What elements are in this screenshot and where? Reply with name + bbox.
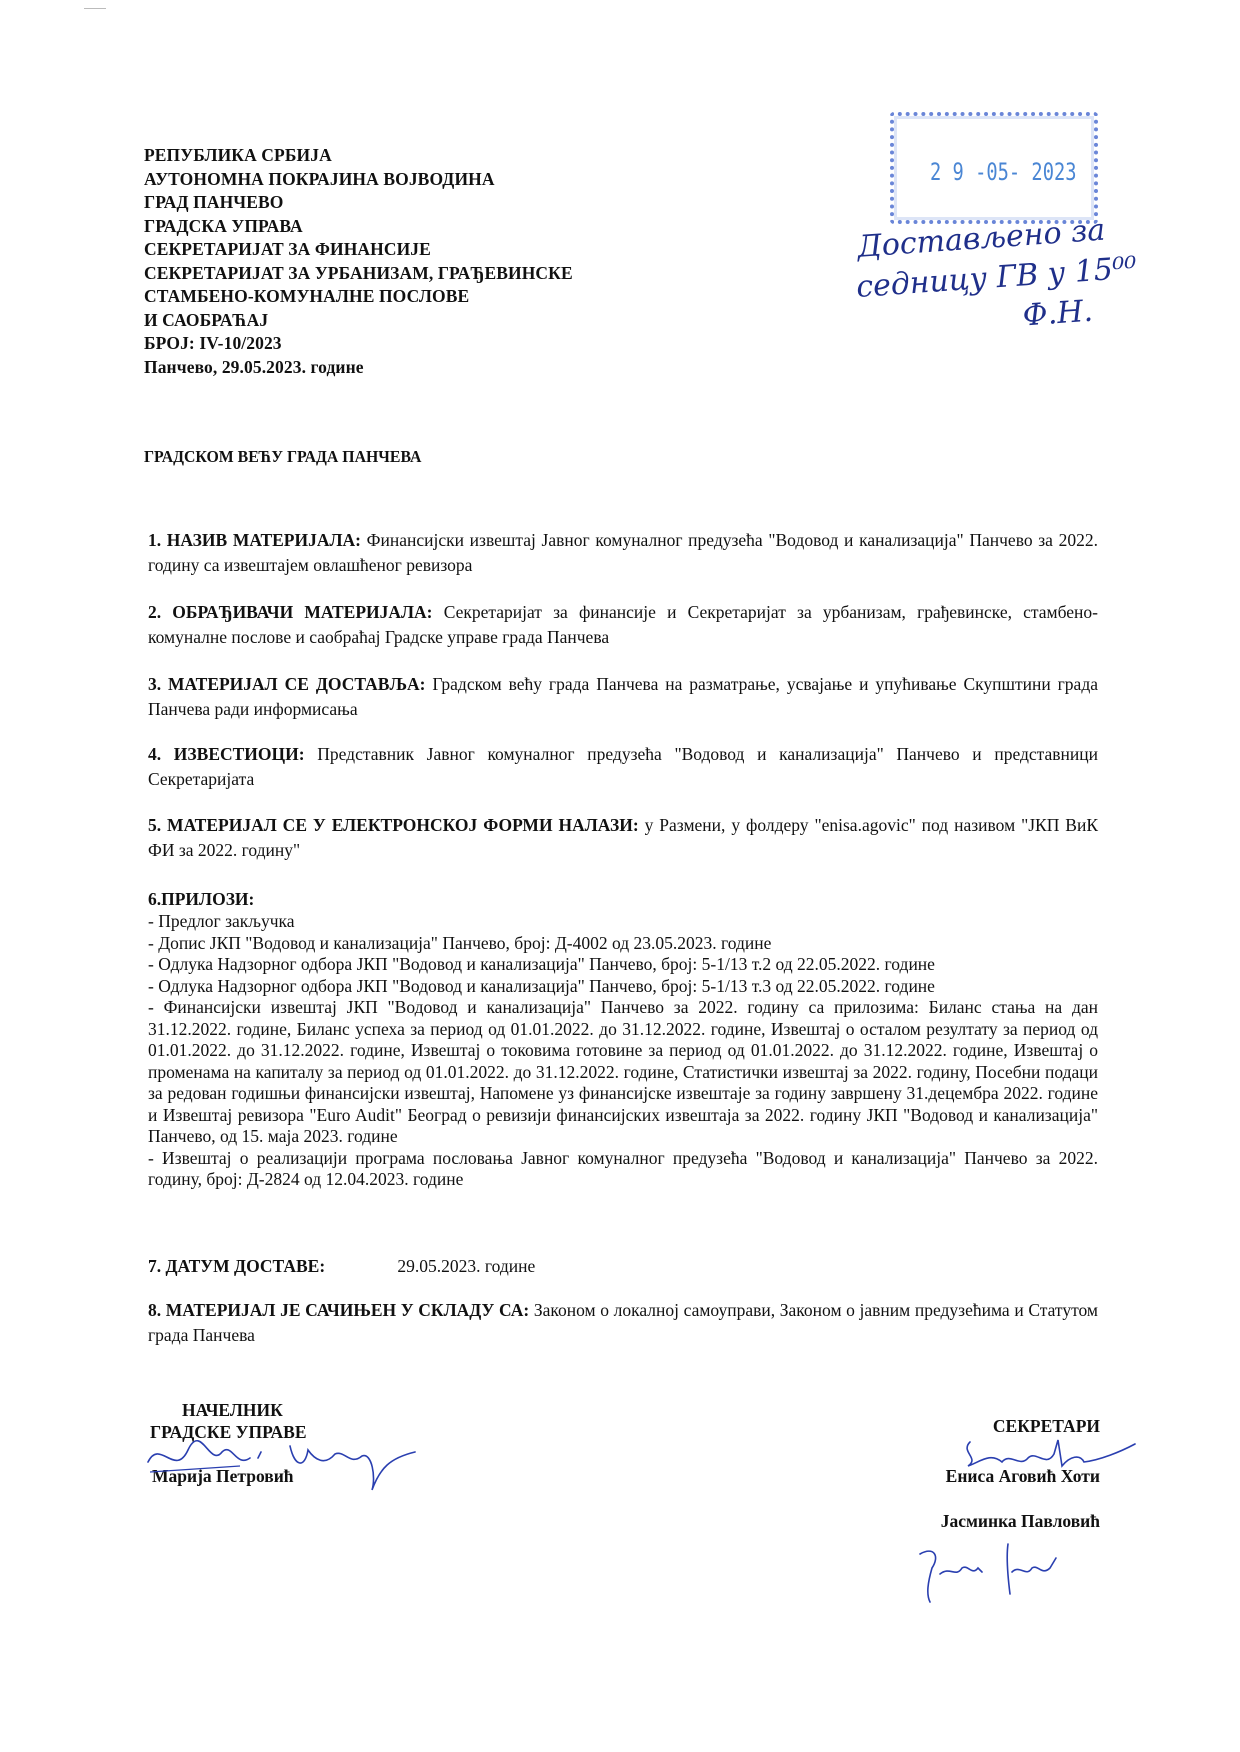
signatory-title: НАЧЕЛНИК bbox=[182, 1399, 307, 1421]
signatory-name: Јасминка Павловић bbox=[941, 1510, 1100, 1532]
item-label: 5. МАТЕРИЈАЛ СЕ У ЕЛЕКТРОНСКОЈ ФОРМИ НАЛ… bbox=[148, 815, 639, 835]
header-line-administration: ГРАДСКА УПРАВА bbox=[144, 215, 573, 239]
addressee: ГРАДСКОМ ВЕЋУ ГРАДА ПАНЧЕВА bbox=[144, 447, 421, 467]
item-label: 2. ОБРАЂИВАЧИ МАТЕРИЈАЛА: bbox=[148, 602, 433, 622]
header-line-province: АУТОНОМНА ПОКРАЈИНА ВОЈВОДИНА bbox=[144, 168, 573, 192]
header-line-country: РЕПУБЛИКА СРБИЈА bbox=[144, 144, 573, 168]
scan-artifact bbox=[84, 8, 106, 9]
handwritten-initials: Ф.Н. bbox=[1021, 288, 1143, 336]
handwritten-signature bbox=[140, 1428, 440, 1498]
attachments-title: 6.ПРИЛОЗИ: bbox=[148, 887, 1098, 911]
header-line-urbanism-cont: СТАМБЕНО-КОМУНАЛНЕ ПОСЛОВЕ bbox=[144, 285, 573, 309]
handwritten-note: Достављено за седницу ГВ у 15⁰⁰ Ф.Н. bbox=[856, 208, 1144, 347]
item-label: 1. НАЗИВ МАТЕРИЈАЛА: bbox=[148, 530, 361, 550]
header-line-traffic: И САОБРАЋАЈ bbox=[144, 309, 573, 333]
attachment-item: - Одлука Надзорног одбора ЈКП "Водовод и… bbox=[148, 976, 1098, 998]
delivery-date-row: 7. ДАТУМ ДОСТАВЕ: 29.05.2023. године bbox=[148, 1256, 535, 1277]
compliance-label: 8. МАТЕРИЈАЛ ЈЕ САЧИЊЕН У СКЛАДУ СА: bbox=[148, 1300, 529, 1320]
item-material-title: 1. НАЗИВ МАТЕРИЈАЛА: Финансијски извешта… bbox=[148, 528, 1098, 578]
document-number: БРОЈ: IV-10/2023 bbox=[144, 332, 573, 356]
item-material-authors: 2. ОБРАЂИВАЧИ МАТЕРИЈАЛА: Секретаријат з… bbox=[148, 600, 1098, 650]
delivery-date-value: 29.05.2023. године bbox=[397, 1256, 535, 1276]
header-line-city: ГРАД ПАНЧЕВО bbox=[144, 191, 573, 215]
compliance-row: 8. МАТЕРИЈАЛ ЈЕ САЧИЊЕН У СКЛАДУ СА: Зак… bbox=[148, 1298, 1098, 1348]
item-label: 4. ИЗВЕСТИОЦИ: bbox=[148, 744, 305, 764]
attachment-item: - Одлука Надзорног одбора ЈКП "Водовод и… bbox=[148, 954, 1098, 976]
document-place-date: Панчево, 29.05.2023. године bbox=[144, 356, 573, 380]
header-line-finance-secretariat: СЕКРЕТАРИЈАТ ЗА ФИНАНСИЈЕ bbox=[144, 238, 573, 262]
handwritten-signature bbox=[950, 1432, 1140, 1482]
delivery-date-label: 7. ДАТУМ ДОСТАВЕ: bbox=[148, 1256, 393, 1277]
item-label: 3. МАТЕРИЈАЛ СЕ ДОСТАВЉА: bbox=[148, 674, 425, 694]
attachment-item: - Предлог закључка bbox=[148, 911, 1098, 933]
stamp-date: 2 9 -05- 2023 bbox=[930, 158, 1077, 186]
attachments-section: 6.ПРИЛОЗИ: - Предлог закључка - Допис ЈК… bbox=[148, 887, 1098, 1191]
item-material-delivered-to: 3. МАТЕРИЈАЛ СЕ ДОСТАВЉА: Градском већу … bbox=[148, 672, 1098, 722]
item-electronic-location: 5. МАТЕРИЈАЛ СЕ У ЕЛЕКТРОНСКОЈ ФОРМИ НАЛ… bbox=[148, 813, 1098, 863]
document-header: РЕПУБЛИКА СРБИЈА АУТОНОМНА ПОКРАЈИНА ВОЈ… bbox=[144, 144, 573, 379]
item-rapporteurs: 4. ИЗВЕСТИОЦИ: Представник Јавног комуна… bbox=[148, 742, 1098, 792]
attachment-item: - Допис ЈКП "Водовод и канализација" Пан… bbox=[148, 933, 1098, 955]
attachment-item: - Извештај о реализацији програма послов… bbox=[148, 1148, 1098, 1191]
attachment-item: - Финансијски извештај ЈКП "Водовод и ка… bbox=[148, 997, 1098, 1148]
handwritten-signature bbox=[910, 1538, 1090, 1608]
header-line-urbanism-secretariat: СЕКРЕТАРИЈАТ ЗА УРБАНИЗАМ, ГРАЂЕВИНСКЕ bbox=[144, 262, 573, 286]
